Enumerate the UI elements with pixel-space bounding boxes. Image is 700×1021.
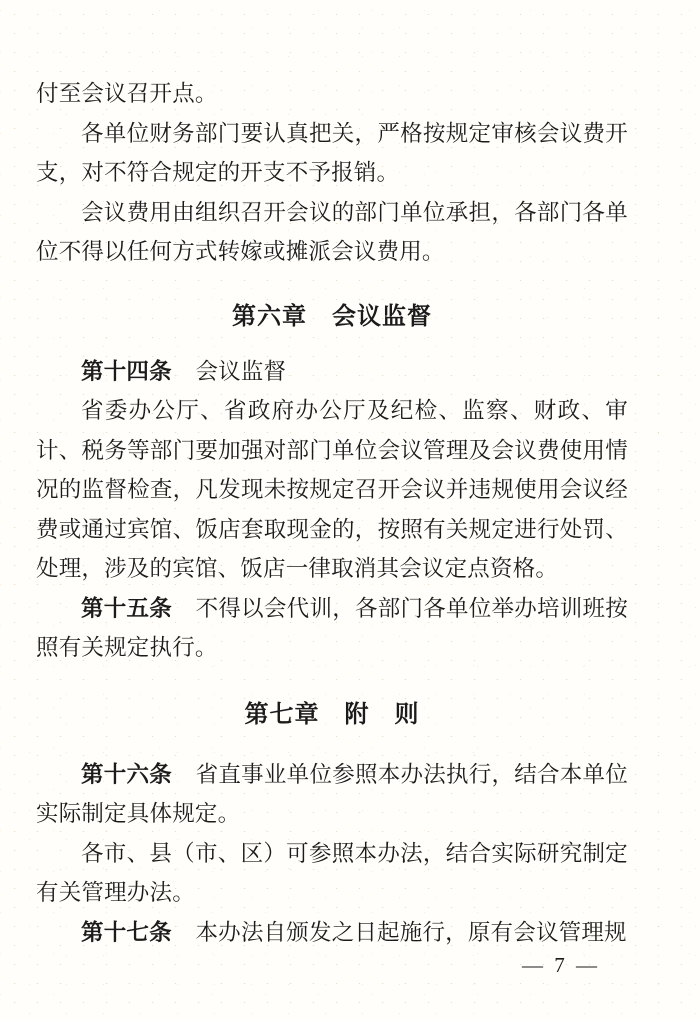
article-17-text: 本办法自颁发之日起施行，原有会议管理规 — [195, 920, 626, 945]
article-14-body: 省委办公厅、省政府办公厅及纪检、监察、财政、审计、税务等部门要加强对部门单位会议… — [36, 391, 628, 589]
article-15-number: 第十五条 — [81, 596, 172, 621]
article-17-number: 第十七条 — [81, 920, 172, 945]
article-14-number: 第十四条 — [81, 359, 172, 384]
article-14-title: 会议监督 — [195, 359, 286, 384]
article-15: 第十五条不得以会代训，各部门各单位举办培训班按照有关规定执行。 — [36, 589, 628, 668]
paragraph-cost-responsibility: 会议费用由组织召开会议的部门单位承担，各部门各单位不得以任何方式转嫁或摊派会议费… — [36, 193, 628, 272]
chapter-6-heading: 第六章 会议监督 — [36, 297, 628, 337]
article-17: 第十七条本办法自颁发之日起施行，原有会议管理规 — [36, 913, 628, 953]
paragraph-continuation: 付至会议召开点。 — [36, 74, 628, 114]
scanned-document-page: 付至会议召开点。 各单位财务部门要认真把关，严格按规定审核会议费开支，对不符合规… — [0, 0, 700, 1021]
article-16: 第十六条省直事业单位参照本办法执行，结合本单位实际制定具体规定。 — [36, 755, 628, 834]
page-number: — 7 — — [522, 953, 600, 978]
paragraph-finance-review: 各单位财务部门要认真把关，严格按规定审核会议费开支，对不符合规定的开支不予报销。 — [36, 114, 628, 193]
document-body: 付至会议召开点。 各单位财务部门要认真把关，严格按规定审核会议费开支，对不符合规… — [36, 74, 628, 952]
article-14: 第十四条会议监督 — [36, 352, 628, 392]
article-16-extra: 各市、县（市、区）可参照本办法，结合实际研究制定有关管理办法。 — [36, 834, 628, 913]
chapter-7-heading: 第七章 附 则 — [36, 695, 628, 735]
article-16-number: 第十六条 — [81, 762, 172, 787]
